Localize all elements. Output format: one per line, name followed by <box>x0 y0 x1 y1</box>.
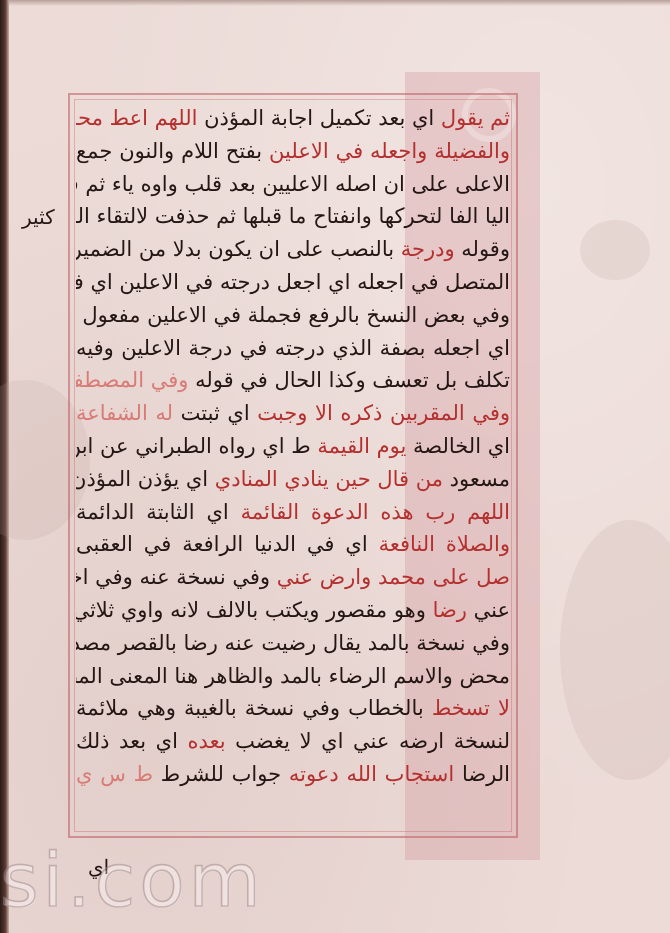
text-segment: بفتح اللام والنون جمع <box>76 139 269 163</box>
manuscript-line: والفضيلة واجعله في الاعلين بفتح اللام وا… <box>76 135 510 168</box>
manuscript-line: وقوله ودرجة بالنصب على ان يكون بدلا من ا… <box>76 233 510 266</box>
text-segment: اي الثابتة الدائمة <box>76 500 241 524</box>
text-segment: اي بعد تكميل اجابة المؤذن <box>197 106 440 130</box>
text-segment: الاعلى على ان اصله الاعليين بعد قلب واوه… <box>76 172 510 196</box>
text-segment: لنسخة ارضه عني اي لا يغضب <box>226 729 510 753</box>
text-segment: المتصل في اجعله اي اجعل درجته في الاعلين… <box>76 270 510 294</box>
rubric-segment: صل على محمد وارض عني <box>277 565 510 589</box>
text-segment: اليا الفا لتحركها وانفتاح ما قبلها ثم حذ… <box>76 204 510 228</box>
text-segment: وفي نسخة بالمد يقال رضيت عنه رضا بالقصر … <box>76 631 510 655</box>
rubric-segment: من قال حين ينادي المنادي <box>215 467 443 491</box>
manuscript-line: عني رضا وهو مقصور ويكتب بالالف لانه واوي… <box>76 594 510 627</box>
rubric-segment: ط س ي <box>76 762 153 786</box>
manuscript-line: محض والاسم الرضاء بالمد والظاهر هنا المع… <box>76 660 510 693</box>
text-segment: الرضا <box>454 762 510 786</box>
watermark-text: si.com <box>0 838 265 924</box>
text-segment: مسعود <box>443 467 510 491</box>
text-segment: محض والاسم الرضاء بالمد والظاهر هنا المع… <box>76 664 510 688</box>
text-segment: جواب للشرط <box>153 762 289 786</box>
rubric-segment: والفضيلة واجعله في الاعلين <box>269 139 510 163</box>
text-segment: اي الخالصة <box>406 434 510 458</box>
rubric-segment: ودرجة <box>401 237 455 261</box>
text-segment: عني <box>467 598 510 622</box>
manuscript-line: اليا الفا لتحركها وانفتاح ما قبلها ثم حذ… <box>76 200 510 233</box>
rubric-segment: وفي المقربين ذكره الا وجبت <box>257 401 510 425</box>
rubric-segment: بعده <box>188 729 226 753</box>
page-top-edge <box>9 0 670 6</box>
text-segment: بالنصب على ان يكون بدلا من الضمير <box>76 237 401 261</box>
marginal-note: كثير <box>22 205 55 229</box>
rubric-segment: له الشفاعة <box>76 401 173 425</box>
paper-stain <box>580 220 650 280</box>
manuscript-line: صل على محمد وارض عني وفي نسخة عنه وفي اخ… <box>76 561 510 594</box>
manuscript-line: وفي بعض النسخ بالرفع فجملة في الاعلين مف… <box>76 299 510 332</box>
rubric-segment: اللهم رب هذه الدعوة القائمة <box>241 500 510 524</box>
manuscript-line: مسعود من قال حين ينادي المنادي اي يؤذن ا… <box>76 463 510 496</box>
text-segment: تكلف بل تعسف وكذا الحال في قوله <box>188 368 510 392</box>
manuscript-text-block: ثم يقول اي بعد تكميل اجابة المؤذن اللهم … <box>76 102 510 791</box>
text-segment: وفي بعض النسخ بالرفع فجملة في الاعلين مف… <box>76 303 510 327</box>
rubric-segment: يوم القيمة <box>317 434 406 458</box>
text-segment: اي يؤذن المؤذن <box>76 467 215 491</box>
text-segment: اي اجعله بصفة الذي درجته في درجة الاعلين… <box>76 336 510 360</box>
text-segment: اي في الدنيا الرافعة في العقبى <box>76 532 379 556</box>
manuscript-line: ثم يقول اي بعد تكميل اجابة المؤذن اللهم … <box>76 102 510 135</box>
manuscript-line: الرضا استجاب الله دعوته جواب للشرط ط س ي <box>76 758 510 791</box>
text-segment: وفي نسخة عنه وفي اخرى وارضه <box>76 565 277 589</box>
text-segment: بالخطاب وفي نسخة بالغيبة وهي ملائمة <box>76 696 432 720</box>
rubric-segment: وفي المصطفين محبته <box>76 368 188 392</box>
rubric-segment: لا تسخط <box>432 696 510 720</box>
manuscript-line: اي اجعله بصفة الذي درجته في درجة الاعلين… <box>76 332 510 365</box>
rubric-segment: ثم يقول <box>441 106 510 130</box>
manuscript-line: لنسخة ارضه عني اي لا يغضب بعده اي بعد ذل… <box>76 725 510 758</box>
manuscript-line: لا تسخط بالخطاب وفي نسخة بالغيبة وهي ملا… <box>76 692 510 725</box>
text-segment: وقوله <box>455 237 510 261</box>
manuscript-line: اي الخالصة يوم القيمة ط اي رواه الطبراني… <box>76 430 510 463</box>
manuscript-line: تكلف بل تعسف وكذا الحال في قوله وفي المص… <box>76 364 510 397</box>
rubric-segment: والصلاة النافعة <box>379 532 510 556</box>
manuscript-line: والصلاة النافعة اي في الدنيا الرافعة في … <box>76 528 510 561</box>
rubric-segment: اللهم اعط محمد الوسيلة <box>76 106 197 130</box>
manuscript-line: الاعلى على ان اصله الاعليين بعد قلب واوه… <box>76 168 510 201</box>
text-segment: اي ثبتت <box>173 401 257 425</box>
text-segment: ط اي رواه الطبراني عن ابن <box>76 434 317 458</box>
rubric-segment: رضا <box>433 598 467 622</box>
manuscript-line: وفي نسخة بالمد يقال رضيت عنه رضا بالقصر … <box>76 627 510 660</box>
text-segment: اي بعد ذلك <box>76 729 188 753</box>
text-segment: وهو مقصور ويكتب بالالف لانه واوي ثلاثي <box>76 598 433 622</box>
manuscript-line: وفي المقربين ذكره الا وجبت اي ثبتت له ال… <box>76 397 510 430</box>
rubric-segment: استجاب الله دعوته <box>289 762 454 786</box>
manuscript-line: المتصل في اجعله اي اجعل درجته في الاعلين… <box>76 266 510 299</box>
manuscript-line: اللهم رب هذه الدعوة القائمة اي الثابتة ا… <box>76 496 510 529</box>
